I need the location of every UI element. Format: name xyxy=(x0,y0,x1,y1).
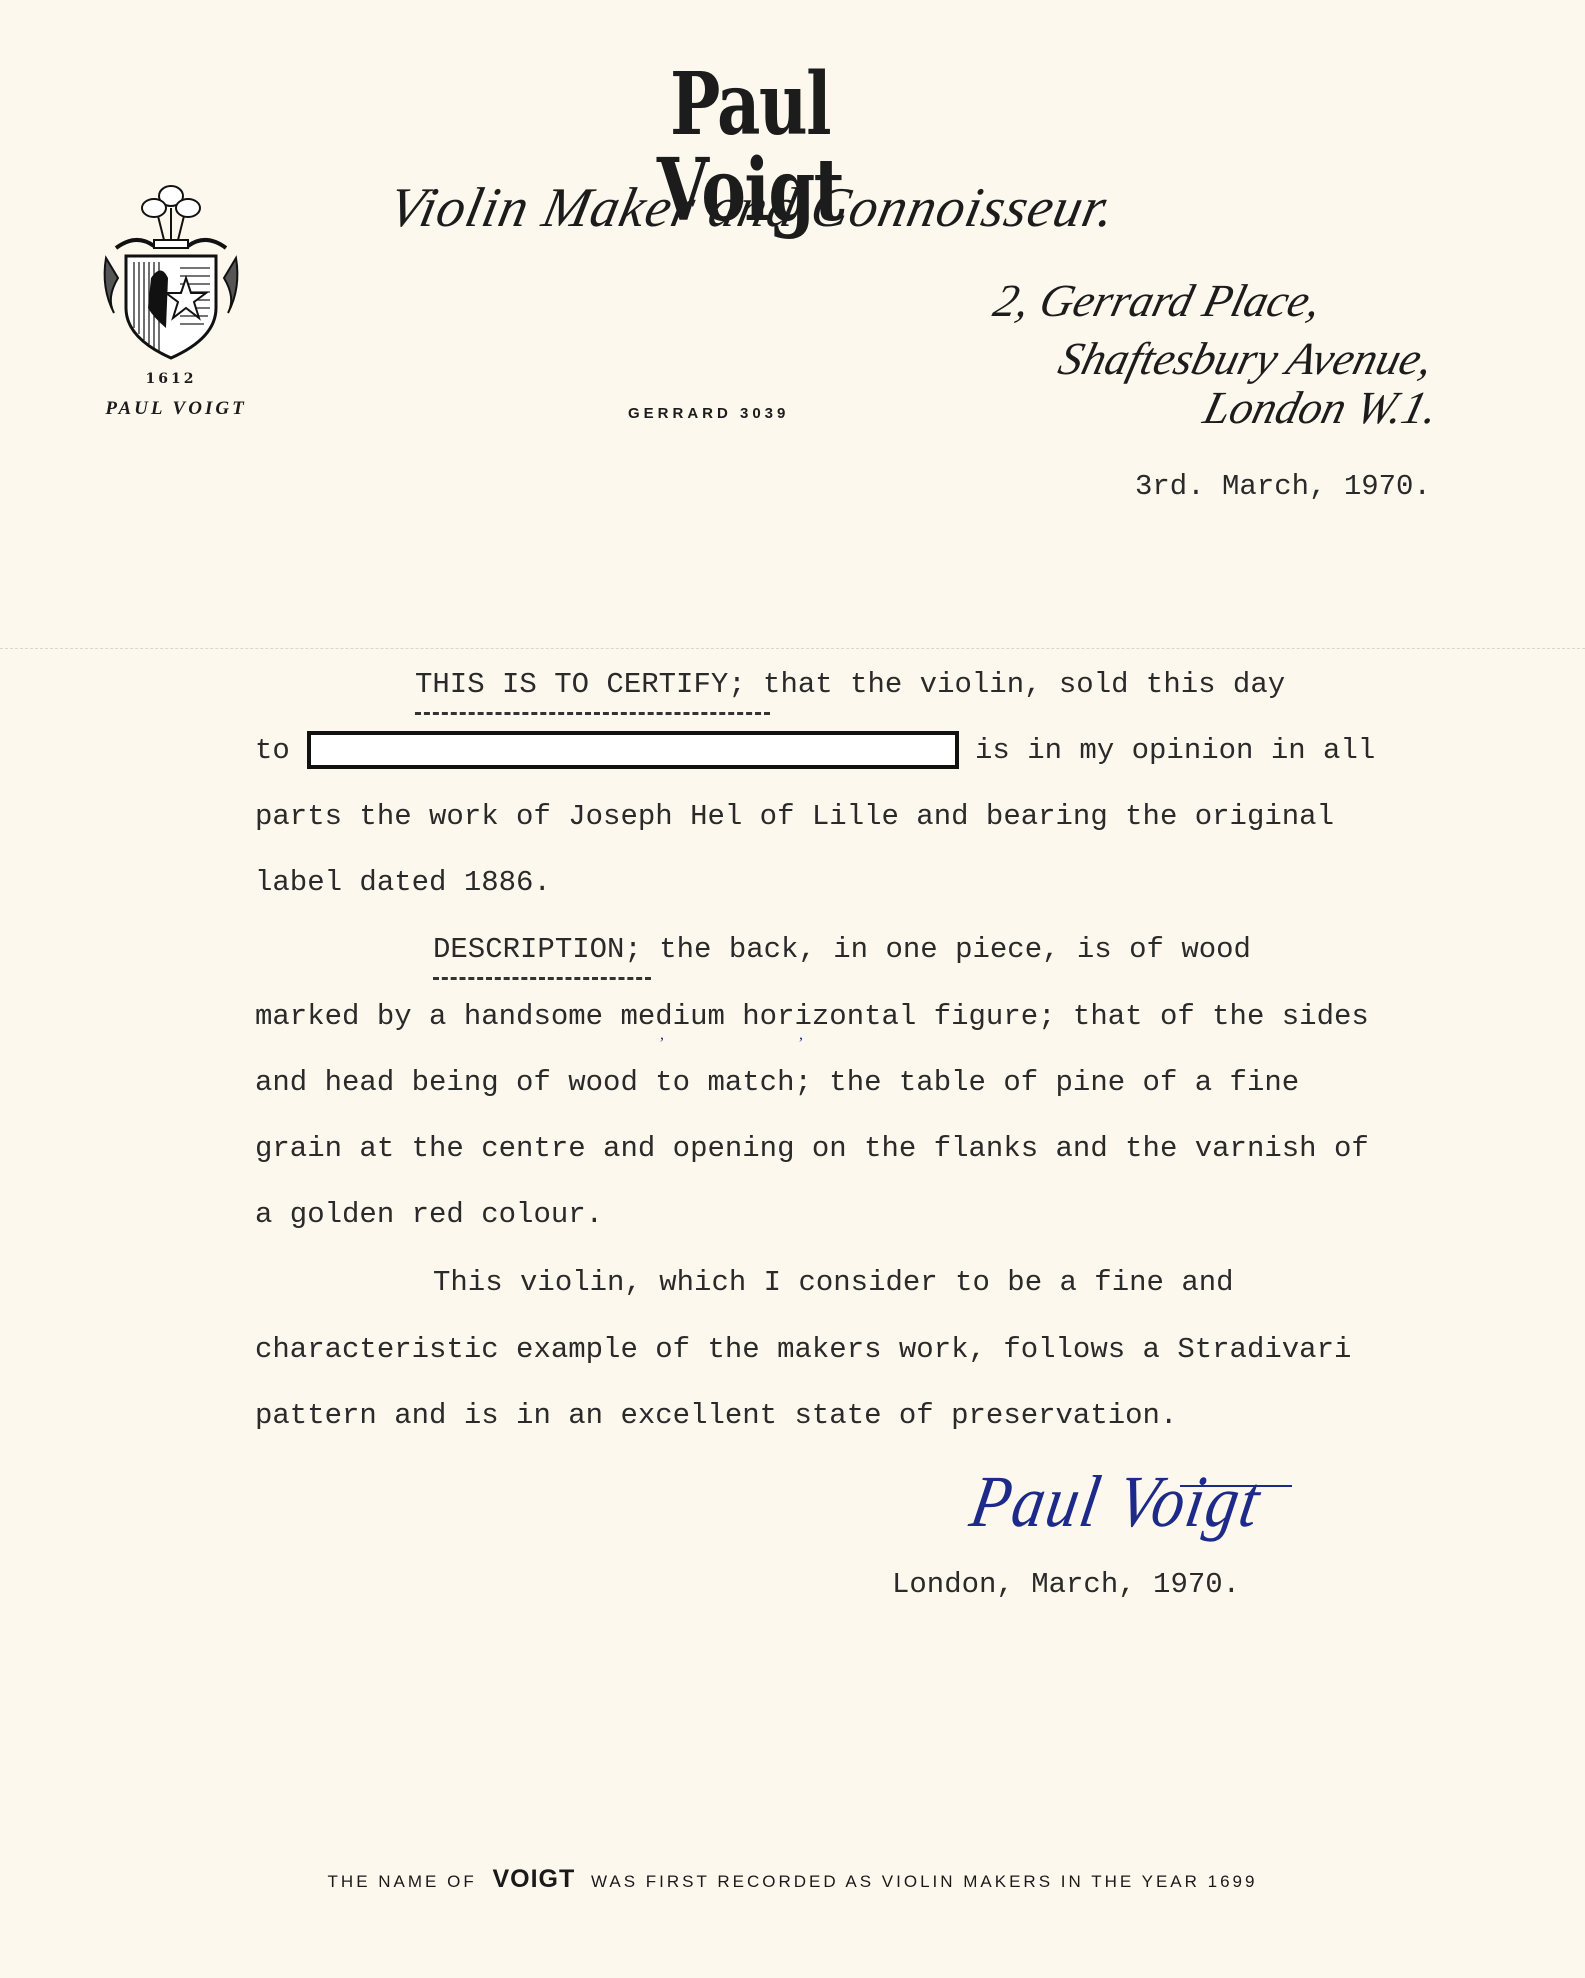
letter-date: 3rd. March, 1970. xyxy=(1135,472,1431,501)
paper-fold-line xyxy=(0,648,1585,650)
footer-name: VOIGT xyxy=(492,1865,575,1893)
redacted-recipient-box xyxy=(307,731,959,769)
footer-suffix: WAS FIRST RECORDED AS VIOLIN MAKERS IN T… xyxy=(591,1872,1257,1891)
body-line: DESCRIPTION; the back, in one piece, is … xyxy=(433,935,1251,964)
handwritten-comma: , xyxy=(799,1026,803,1044)
body-line: parts the work of Joseph Hel of Lille an… xyxy=(255,802,1334,831)
handwritten-signature: Paul Voigt xyxy=(966,1465,1267,1539)
body-line: a golden red colour. xyxy=(255,1200,603,1229)
body-line: label dated 1886. xyxy=(255,868,551,897)
body-line: grain at the centre and opening on the f… xyxy=(255,1134,1369,1163)
body-line: to xyxy=(255,736,290,765)
crest-year: 1612 xyxy=(96,371,246,387)
body-line: THIS IS TO CERTIFY; that the violin, sol… xyxy=(415,670,1285,699)
address-line-3: London W.1. xyxy=(1199,385,1443,431)
certify-underline xyxy=(415,712,770,715)
sign-off-date: London, March, 1970. xyxy=(892,1570,1240,1599)
body-line: marked by a handsome medium horizontal f… xyxy=(255,1002,1369,1031)
letterhead-footer: THE NAME OF VOIGT WAS FIRST RECORDED AS … xyxy=(0,1865,1585,1894)
body-line: is in my opinion in all xyxy=(975,736,1375,765)
phone-number: GERRARD 3039 xyxy=(628,405,789,422)
coat-of-arms-icon xyxy=(96,178,246,368)
address-line-2: Shaftesbury Avenue, xyxy=(1054,336,1438,382)
body-line: characteristic example of the makers wor… xyxy=(255,1335,1351,1364)
description-underline xyxy=(433,977,651,980)
handwritten-comma: , xyxy=(660,1026,664,1044)
signature-t-crossbar xyxy=(1180,1485,1292,1487)
address-line-1: 2, Gerrard Place, xyxy=(989,278,1326,324)
body-line: and head being of wood to match; the tab… xyxy=(255,1068,1299,1097)
firm-tagline: Violin Maker and Connoisseur. xyxy=(384,180,1121,236)
body-line: This violin, which I consider to be a fi… xyxy=(433,1268,1234,1297)
crest-name: PAUL VOIGT xyxy=(86,398,266,420)
body-line: pattern and is in an excellent state of … xyxy=(255,1401,1177,1430)
footer-prefix: THE NAME OF xyxy=(328,1872,477,1891)
